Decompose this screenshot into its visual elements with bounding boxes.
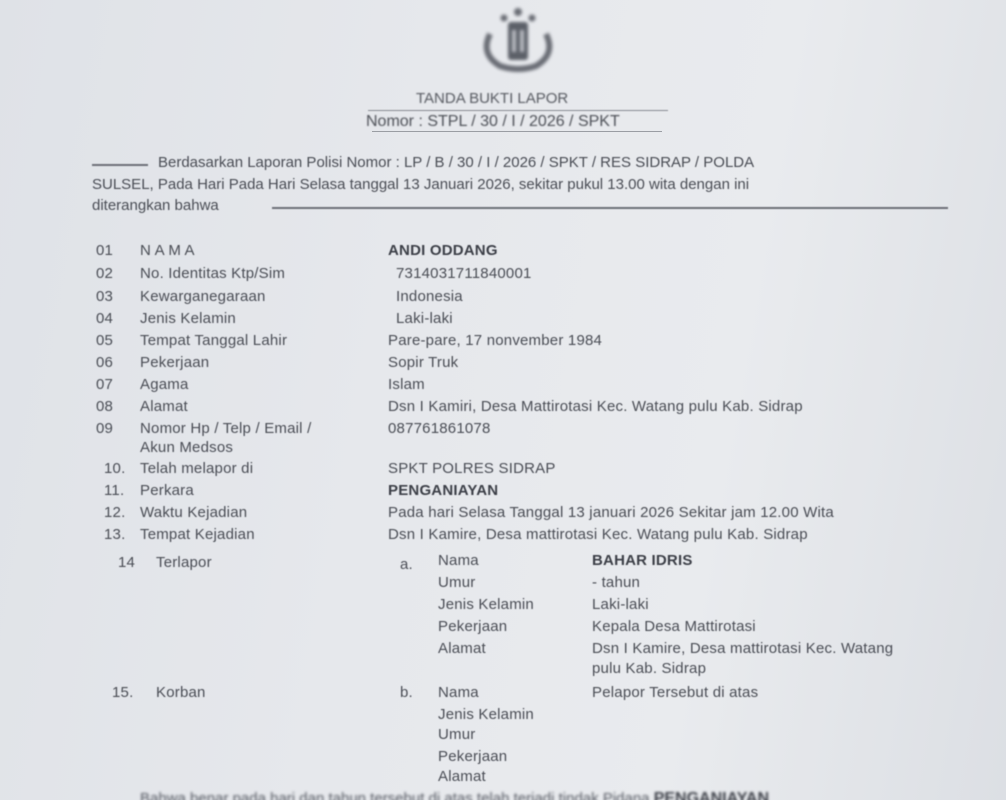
- intro-line-3: diterangkan bahwa: [92, 197, 219, 214]
- field-value: 087761861078: [388, 420, 491, 437]
- field-value: PENGANIAYAN: [388, 482, 498, 499]
- field-number: 12.: [104, 504, 125, 521]
- field-number: 07: [96, 376, 113, 393]
- field-number: 02: [96, 265, 113, 282]
- terlapor-field-label: Nama: [438, 552, 479, 569]
- field-value: ANDI ODDANG: [388, 242, 498, 259]
- terlapor-field-value: - tahun: [592, 574, 640, 591]
- field-label: N A M A: [140, 242, 195, 259]
- document-number: Nomor : STPL / 30 / I / 2026 / SPKT: [366, 113, 620, 131]
- field-label: Nomor Hp / Telp / Email /: [140, 420, 311, 437]
- terlapor-field-value: Kepala Desa Mattirotasi: [592, 618, 756, 635]
- terlapor-field-value: Dsn I Kamire, Desa mattirotasi Kec. Wata…: [592, 640, 893, 657]
- field-number: 03: [96, 288, 113, 305]
- korban-field-label: Pekerjaan: [438, 748, 507, 765]
- field-label-continued: Akun Medsos: [140, 439, 233, 456]
- field-label: Waktu Kejadian: [140, 504, 247, 521]
- field-number: 13.: [104, 526, 125, 543]
- intro-line-2: SULSEL, Pada Hari Pada Hari Selasa tangg…: [92, 176, 749, 193]
- terlapor-field-value-continued: pulu Kab. Sidrap: [592, 660, 706, 677]
- field-value: Laki-laki: [396, 310, 453, 327]
- field-label: Tempat Tanggal Lahir: [140, 332, 287, 349]
- korban-letter: b.: [400, 684, 413, 701]
- field-label: Perkara: [140, 482, 194, 499]
- field-number: 11.: [104, 482, 124, 499]
- closing-emphasis: PENGANIAYAN: [654, 790, 769, 800]
- terlapor-field-value: BAHAR IDRIS: [592, 552, 693, 569]
- korban-field-value: Pelapor Tersebut di atas: [592, 684, 758, 701]
- field-number: 08: [96, 398, 113, 415]
- document-title: TANDA BUKTI LAPOR: [416, 90, 568, 107]
- field-number: 04: [96, 310, 113, 327]
- field-label: No. Identitas Ktp/Sim: [140, 265, 285, 282]
- field-value: SPKT POLRES SIDRAP: [388, 460, 556, 477]
- field-label: Tempat Kejadian: [140, 526, 255, 543]
- field-label: Pekerjaan: [140, 354, 209, 371]
- terlapor-field-value: Laki-laki: [592, 596, 649, 613]
- terlapor-number: 14: [118, 554, 135, 571]
- korban-field-label: Nama: [438, 684, 479, 701]
- intro-line-1: Berdasarkan Laporan Polisi Nomor : LP / …: [158, 154, 754, 171]
- field-label: Telah melapor di: [140, 460, 253, 477]
- terlapor-label: Terlapor: [156, 554, 212, 571]
- field-label: Kewarganegaraan: [140, 288, 266, 305]
- field-label: Agama: [140, 376, 189, 393]
- korban-field-label: Umur: [438, 726, 475, 743]
- field-label: Alamat: [140, 398, 188, 415]
- field-value: Indonesia: [396, 288, 463, 305]
- terlapor-field-label: Jenis Kelamin: [438, 596, 534, 613]
- korban-number: 15.: [112, 684, 133, 701]
- field-label: Jenis Kelamin: [140, 310, 236, 327]
- korban-field-label: Jenis Kelamin: [438, 706, 534, 723]
- closing-statement: Bahwa benar pada hari dan tahun tersebut…: [140, 790, 769, 800]
- field-value: Dsn I Kamire, Desa mattirotasi Kec. Wata…: [388, 526, 808, 543]
- terlapor-field-label: Pekerjaan: [438, 618, 507, 635]
- field-value: Sopir Truk: [388, 354, 458, 371]
- intro-leading-rule: [92, 164, 148, 166]
- field-number: 10.: [104, 460, 125, 477]
- intro-trailing-rule: [272, 207, 948, 209]
- terlapor-field-label: Alamat: [438, 640, 486, 657]
- korban-label: Korban: [156, 684, 206, 701]
- title-underline: [368, 110, 668, 111]
- field-number: 09: [96, 420, 113, 437]
- field-number: 05: [96, 332, 113, 349]
- police-emblem-icon: [470, 4, 566, 74]
- terlapor-letter: a.: [400, 556, 413, 573]
- field-value: Pare-pare, 17 nonvember 1984: [388, 332, 602, 349]
- field-number: 06: [96, 354, 113, 371]
- field-number: 01: [96, 242, 113, 259]
- number-underline: [372, 131, 662, 132]
- korban-field-label: Alamat: [438, 768, 486, 785]
- field-value: 7314031711840001: [396, 265, 532, 282]
- field-value: Dsn I Kamiri, Desa Mattirotasi Kec. Wata…: [388, 398, 803, 415]
- closing-text: Bahwa benar pada hari dan tahun tersebut…: [140, 790, 650, 800]
- field-value: Islam: [388, 376, 425, 393]
- field-value: Pada hari Selasa Tanggal 13 januari 2026…: [388, 504, 834, 521]
- terlapor-field-label: Umur: [438, 574, 475, 591]
